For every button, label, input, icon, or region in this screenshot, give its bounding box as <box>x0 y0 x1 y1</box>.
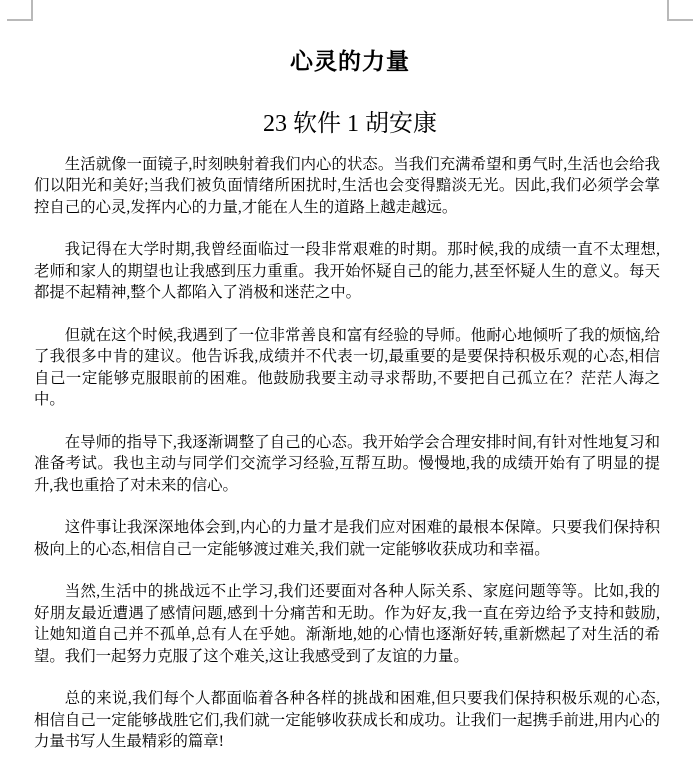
page-margin-mark-top-left-icon <box>7 0 33 21</box>
essay-title: 心灵的力量 <box>0 47 700 76</box>
essay-paragraph-4: 在导师的指导下,我逐渐调整了自己的心态。我开始学会合理安排时间,有针对性地复习和… <box>34 432 660 497</box>
essay-paragraph-3: 但就在这个时候,我遇到了一位非常善良和富有经验的导师。他耐心地倾听了我的烦恼,给… <box>34 325 660 411</box>
essay-paragraph-2: 我记得在大学时期,我曾经面临过一段非常艰难的时期。那时候,我的成绩一直不太理想,… <box>34 239 660 304</box>
essay-byline: 23 软件 1 胡安康 <box>0 110 700 139</box>
page-margin-mark-top-right-icon <box>667 0 693 21</box>
essay-paragraph-6: 当然,生活中的挑战远不止学习,我们还要面对各种人际关系、家庭问题等等。比如,我的… <box>34 581 660 667</box>
essay-paragraph-5: 这件事让我深深地体会到,内心的力量才是我们应对困难的最根本保障。只要我们保持积极… <box>34 517 660 560</box>
essay-paragraph-7: 总的来说,我们每个人都面临着各种各样的挑战和困难,但只要我们保持积极乐观的心态,… <box>34 688 660 753</box>
essay-paragraph-1: 生活就像一面镜子,时刻映射着我们内心的状态。当我们充满希望和勇气时,生活也会给我… <box>34 154 660 219</box>
document-page: 心灵的力量 23 软件 1 胡安康 生活就像一面镜子,时刻映射着我们内心的状态。… <box>0 0 700 766</box>
essay-body: 生活就像一面镜子,时刻映射着我们内心的状态。当我们充满希望和勇气时,生活也会给我… <box>34 154 660 753</box>
